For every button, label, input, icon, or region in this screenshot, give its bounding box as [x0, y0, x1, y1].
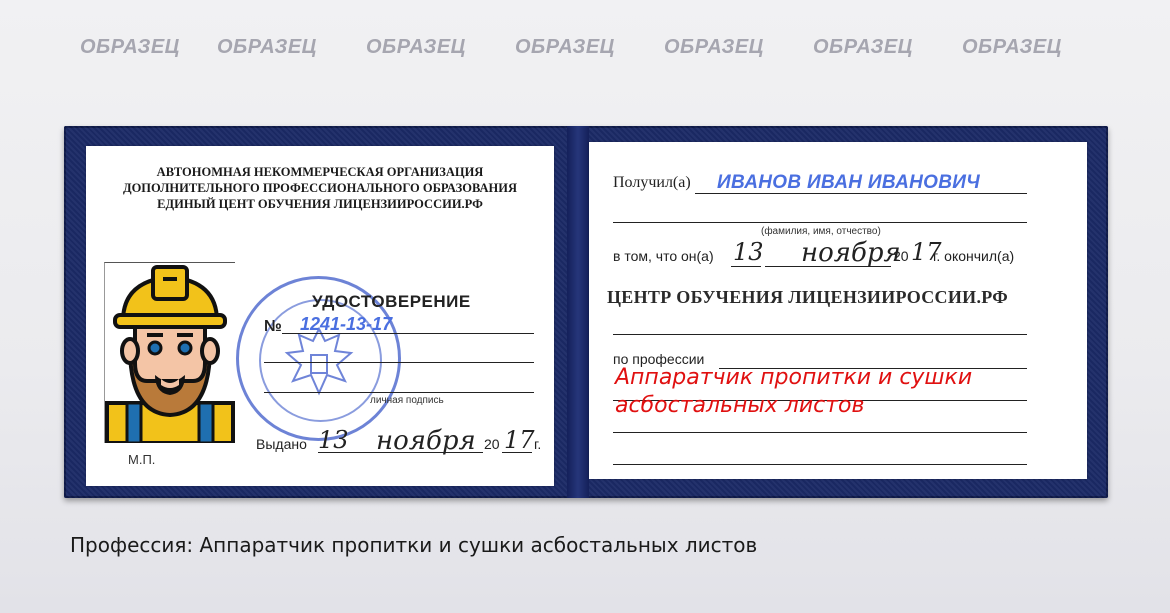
year-suffix-label: г.	[534, 436, 541, 452]
watermark-row: ОБРАЗЕЦ ОБРАЗЕЦ ОБРАЗЕЦ ОБРАЗЕЦ ОБРАЗЕЦ …	[0, 36, 1170, 62]
completion-year-prefix: 20	[893, 248, 909, 264]
profession-line: Аппаратчик пропитки и сушки	[615, 364, 972, 392]
recipient-full-name: ИВАНОВ ИВАН ИВАНОВИЧ	[717, 172, 980, 194]
issued-date-underline	[318, 452, 483, 453]
blank-line	[264, 362, 534, 363]
issued-year-underline	[502, 452, 532, 453]
worker-avatar-icon	[105, 263, 235, 443]
certificate-left-page: АВТОНОМНАЯ НЕКОММЕРЧЕСКАЯ ОРГАНИЗАЦИЯ ДО…	[86, 146, 554, 486]
watermark-text: ОБРАЗЕЦ	[664, 36, 764, 59]
blank-line	[613, 334, 1027, 335]
signature-caption: личная подпись	[370, 395, 444, 406]
certificate-right-page: Получил(а) ИВАНОВ ИВАН ИВАНОВИЧ (фамилия…	[589, 142, 1087, 479]
certificate-spine	[567, 126, 589, 498]
profession-line: асбостальных листов	[615, 392, 972, 420]
profession-caption: Профессия: Аппаратчик пропитки и сушки а…	[70, 533, 757, 557]
watermark-text: ОБРАЗЕЦ	[366, 36, 466, 59]
issued-year-prefix: 20	[484, 436, 500, 452]
training-center-name: ЦЕНТР ОБУЧЕНИЯ ЛИЦЕНЗИИРОССИИ.РФ	[607, 287, 1008, 308]
number-underline	[282, 333, 534, 334]
organization-line: АВТОНОМНАЯ НЕКОММЕРЧЕСКАЯ ОРГАНИЗАЦИЯ	[86, 164, 554, 180]
name-underline-2	[613, 222, 1027, 223]
name-caption: (фамилия, имя, отчество)	[761, 226, 881, 237]
document-title: УДОСТОВЕРЕНИЕ	[312, 292, 471, 312]
issued-day: 13	[318, 426, 349, 454]
seal-label: М.П.	[128, 452, 155, 467]
issued-label: Выдано	[256, 436, 307, 452]
completion-prefix: в том, что он(а)	[613, 248, 714, 264]
photo-frame	[104, 262, 235, 443]
received-label: Получил(а)	[613, 174, 691, 192]
completion-day-underline	[731, 266, 761, 267]
name-underline	[695, 193, 1027, 194]
completion-suffix: г. окончил(а)	[933, 248, 1014, 264]
watermark-text: ОБРАЗЕЦ	[813, 36, 913, 59]
profession-underline-3	[613, 432, 1027, 433]
organization-header: АВТОНОМНАЯ НЕКОММЕРЧЕСКАЯ ОРГАНИЗАЦИЯ ДО…	[86, 164, 554, 212]
profession-value: Аппаратчик пропитки и сушки асбостальных…	[615, 364, 972, 420]
watermark-text: ОБРАЗЕЦ	[217, 36, 317, 59]
issued-year-suffix: 17	[504, 426, 535, 454]
certificate-number-label: №	[264, 318, 282, 336]
completion-month: ноября	[801, 238, 901, 268]
completion-month-underline	[765, 266, 891, 267]
organization-line: ЕДИНЫЙ ЦЕНТ ОБУЧЕНИЯ ЛИЦЕНЗИИРОССИИ.РФ	[86, 196, 554, 212]
watermark-text: ОБРАЗЕЦ	[515, 36, 615, 59]
signature-line	[264, 392, 534, 393]
completion-day: 13	[733, 238, 764, 266]
profession-underline-4	[613, 464, 1027, 465]
watermark-text: ОБРАЗЕЦ	[962, 36, 1062, 59]
watermark-text: ОБРАЗЕЦ	[80, 36, 180, 59]
organization-line: ДОПОЛНИТЕЛЬНОГО ПРОФЕССИОНАЛЬНОГО ОБРАЗО…	[86, 180, 554, 196]
certificate-number-value: 1241-13-17	[300, 314, 392, 335]
